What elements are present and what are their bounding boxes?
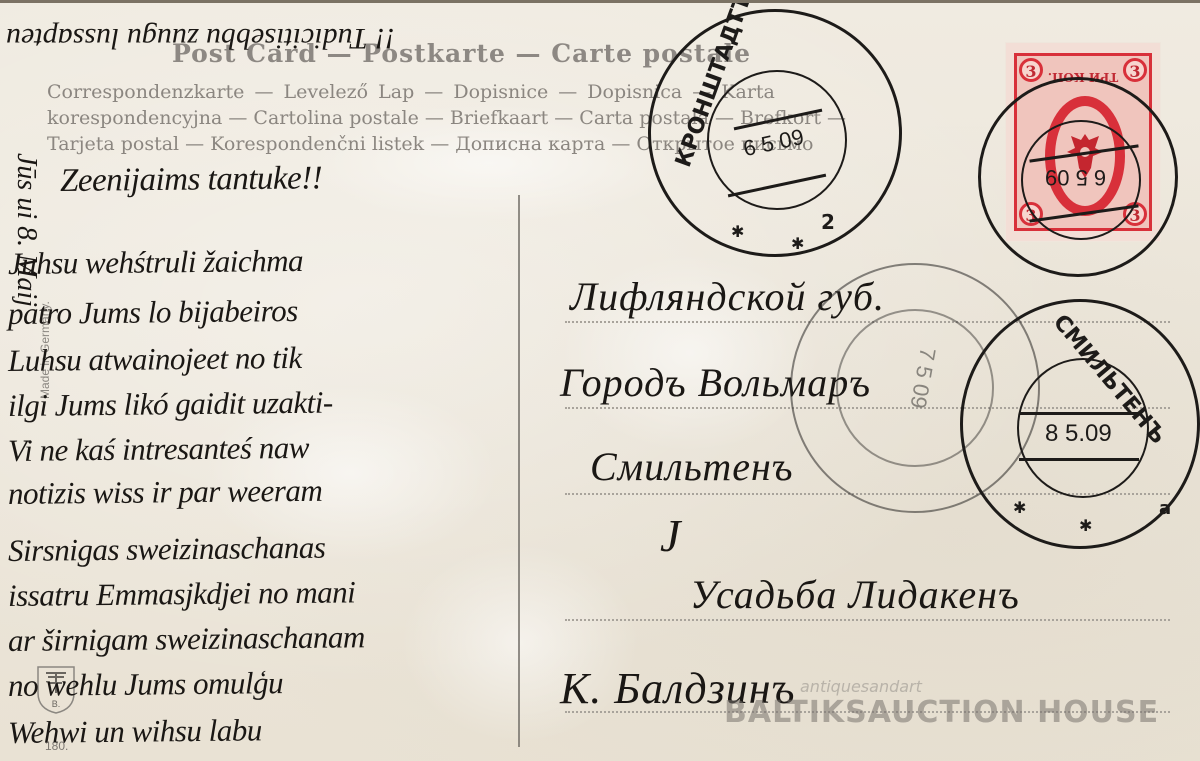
stamp-corner-value: 3 [1019, 58, 1043, 82]
handwritten-top-note: !! Tudicitisebbu zuugu lussapteu [6, 21, 395, 55]
message-line: Juhsu wehśtruli žaichma [8, 243, 303, 282]
address-estate: Усадьба Лидакенъ [690, 571, 1020, 618]
address-parish: Смильтенъ [590, 443, 794, 490]
message-line: Sirsnigas sweizinaschanas [8, 530, 326, 569]
message-line: Luhsu atwainojeet no tik [8, 340, 302, 379]
center-divider [518, 195, 520, 747]
star-icon: ✱ [791, 234, 804, 254]
watermark-subtext: antiquesandart [800, 677, 922, 696]
handwritten-side-note: Jūs ui 8. Maij [10, 153, 42, 307]
postmark-date: 8 5.09 [1045, 420, 1112, 448]
star-icon: ✱ [1079, 516, 1092, 536]
postcard-back: Post Card — Postkarte — Carte postale Co… [0, 0, 1200, 761]
message-line: issatru Emmasjkdjei no mani [8, 574, 356, 614]
address-prefix: Ј [660, 509, 681, 562]
message-line: Zeenijaims tantuke!! [60, 160, 323, 200]
auction-house-watermark: BALTIKSAUCTION HOUSE [724, 695, 1159, 730]
postmark-number: 2 [821, 210, 835, 234]
message-line: notizis wiss ir par weeram [8, 473, 323, 512]
stamp-corner-value: 3 [1123, 58, 1147, 82]
message-line: Wehwi un wihsu labu [8, 712, 262, 751]
star-icon: ✱ [1013, 498, 1026, 518]
postmark-bar [1019, 458, 1139, 461]
postmark-kronstadt-stamp: 6 5 09 [978, 77, 1178, 277]
message-line: ilgi Jums likó gaidit uzakti- [8, 385, 333, 424]
star-icon: ✱ [731, 222, 744, 242]
postmark-number: а [1159, 498, 1171, 519]
postmark-smilten: 8 5.09 СМИЛЬТЕНЪ а ✱ ✱ [960, 299, 1200, 549]
message-line: patro Jums lo bijabeiros [8, 293, 298, 332]
address-line [565, 619, 1170, 621]
message-line: no wehlu Jums omulģu [8, 665, 283, 704]
postmark-date: 6 5 09 [1045, 164, 1106, 190]
message-line: ar širnigam sweizinaschanam [8, 619, 365, 659]
postmark-kronstadt: 6 5 09 КРОНШТАДТЪ 2 ✱ ✱ [648, 9, 902, 257]
message-line: Vi ne kaś intresanteś naw [8, 430, 309, 469]
